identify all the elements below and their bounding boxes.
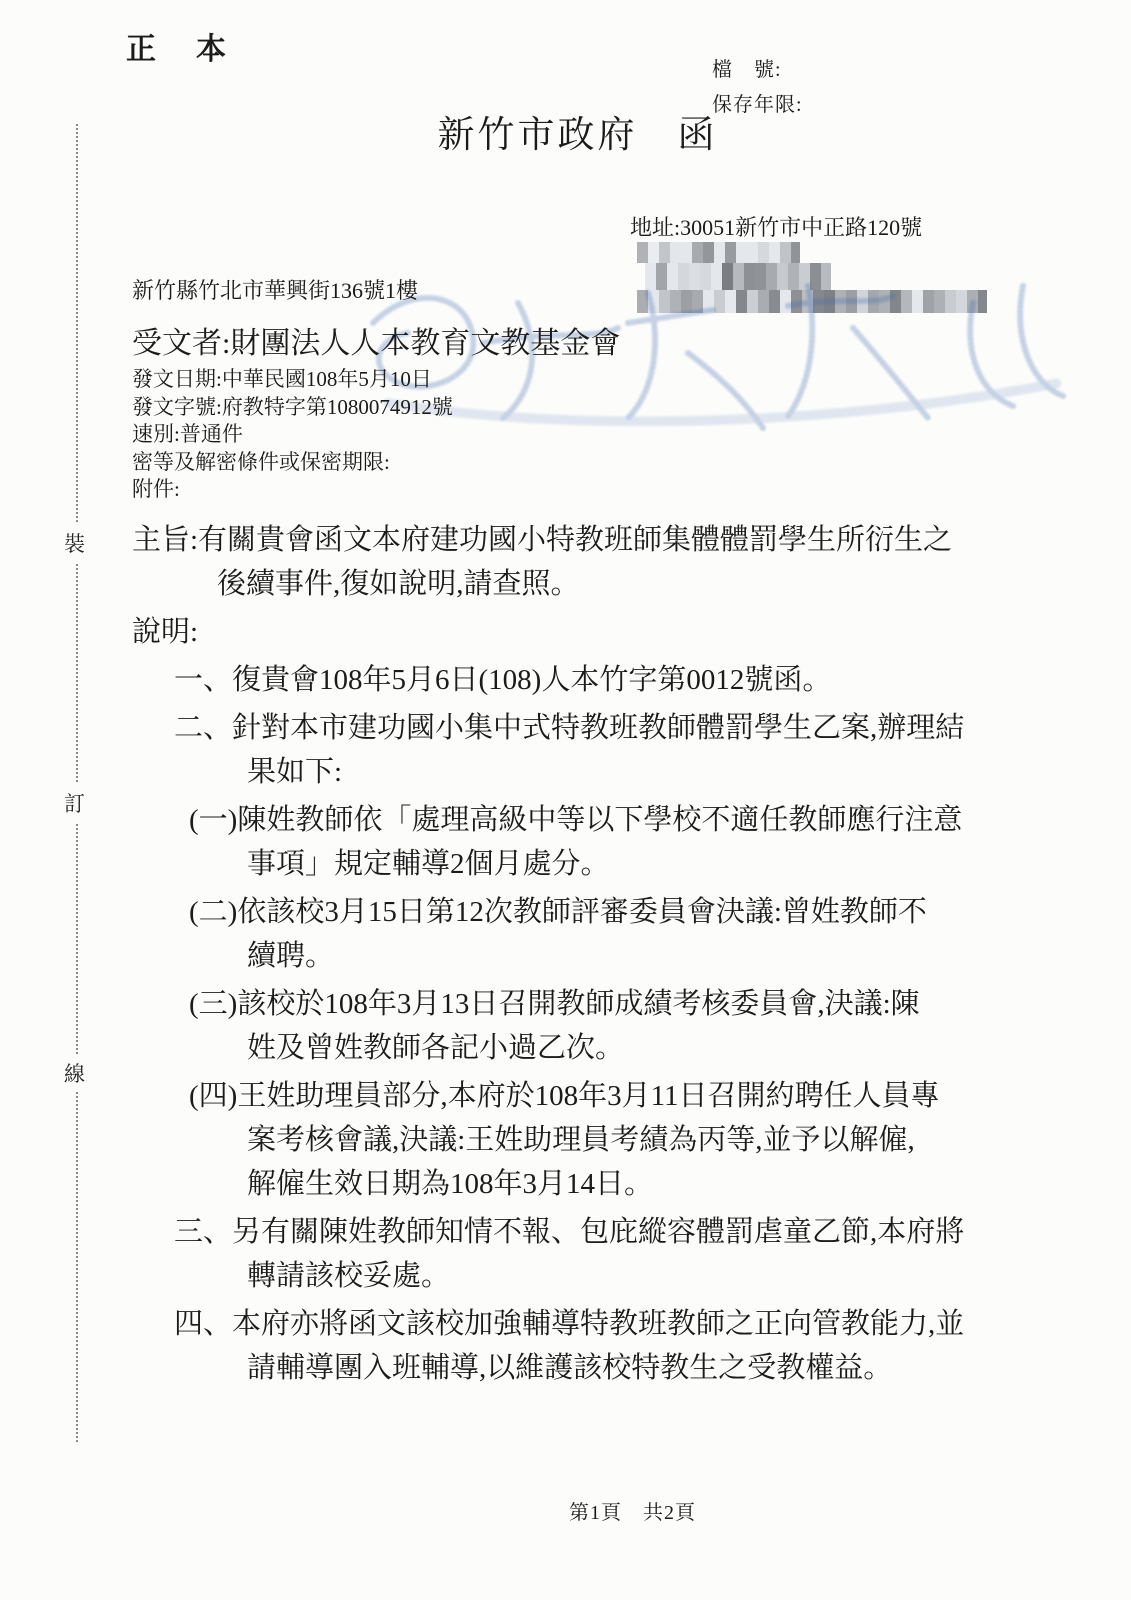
binding-mark: 訂 xyxy=(63,784,86,822)
paragraph: 四、本府亦將函文該校加強輔導特教班教師之正向管教能力,並請輔導團入班輔導,以維護… xyxy=(132,1302,1022,1390)
body-line: (一)陳姓教師依「處理高級中等以下學校不適任教師應行注意 xyxy=(189,798,1022,842)
doc-meta: 發文日期:中華民國108年5月10日發文字號:府教特字第1080074912號速… xyxy=(132,366,453,504)
paragraph: (二)依該校3月15日第12次教師評審委員會決議:曾姓教師不續聘。 xyxy=(132,890,1022,978)
body-line: 果如下: xyxy=(247,750,1022,794)
redaction-cell xyxy=(791,242,800,263)
body-line: 解僱生效日期為108年3月14日。 xyxy=(247,1162,1022,1206)
body-line: 事項」規定輔導2個月處分。 xyxy=(247,842,1022,886)
redaction-cell xyxy=(714,242,725,263)
redacted-contact-info xyxy=(637,242,800,263)
copy-label: 正本 xyxy=(126,24,266,68)
body-line: 三、另有關陳姓教師知情不報、包庇縱容體罰虐童乙節,本府將 xyxy=(174,1210,1022,1254)
paragraph: (四)王姓助理員部分,本府於108年3月11日召開約聘任人員專案考核會議,決議:… xyxy=(132,1074,1022,1206)
redaction-cell xyxy=(637,242,648,263)
doc-meta-line: 附件: xyxy=(132,476,453,504)
redaction-cell xyxy=(725,242,736,263)
doc-meta-line: 發文日期:中華民國108年5月10日 xyxy=(132,366,453,394)
body-line: 請輔導團入班輔導,以維護該校特教生之受教權益。 xyxy=(247,1346,1022,1390)
body-line: 四、本府亦將函文該校加強輔導特教班教師之正向管教能力,並 xyxy=(174,1302,1022,1346)
body-line: 案考核會議,決議:王姓助理員考績為丙等,並予以解僱, xyxy=(247,1118,1022,1162)
body-line: 姓及曾姓教師各記小過乙次。 xyxy=(247,1026,1022,1070)
body-line: (四)王姓助理員部分,本府於108年3月11日召開約聘任人員專 xyxy=(189,1074,1022,1118)
page-number: 第1頁 共2頁 xyxy=(0,1496,1131,1525)
doc-meta-line: 發文字號:府教特字第1080074912號 xyxy=(132,394,453,422)
paragraph: 一、復貴會108年5月6日(108)人本竹字第0012號函。 xyxy=(132,658,1022,702)
body-line: 一、復貴會108年5月6日(108)人本竹字第0012號函。 xyxy=(174,658,1022,702)
paragraph: 說明: xyxy=(132,610,1022,654)
redaction-cell xyxy=(703,242,714,263)
redaction-cell xyxy=(758,242,769,263)
binding-mark: 裝 xyxy=(63,524,86,562)
redaction-cell xyxy=(670,242,681,263)
binding-dotted-line xyxy=(76,124,78,1442)
body-text: 主旨:有關貴會函文本府建功國小特教班師集體體罰學生所衍生之後續事件,復如說明,請… xyxy=(132,518,1022,1390)
recipient-line: 受文者:財團法人人本教育文教基金會 xyxy=(132,318,620,362)
paragraph: (一)陳姓教師依「處理高級中等以下學校不適任教師應行注意事項」規定輔導2個月處分… xyxy=(132,798,1022,886)
paragraph: 三、另有關陳姓教師知情不報、包庇縱容體罰虐童乙節,本府將轉請該校妥處。 xyxy=(132,1210,1022,1298)
redaction-cell xyxy=(780,242,791,263)
body-line: (二)依該校3月15日第12次教師評審委員會決議:曾姓教師不 xyxy=(189,890,1022,934)
file-number-label: 檔 號: xyxy=(712,53,782,82)
body-line: 二、針對本市建功國小集中式特教班教師體罰學生乙案,辦理結 xyxy=(174,706,1022,750)
recipient-street-address: 新竹縣竹北市華興街136號1樓 xyxy=(132,274,418,305)
redaction-cell xyxy=(692,242,703,263)
redaction-cell xyxy=(659,242,670,263)
body-line: 轉請該校妥處。 xyxy=(247,1254,1022,1298)
paragraph: (三)該校於108年3月13日召開教師成績考核委員會,決議:陳姓及曾姓教師各記小… xyxy=(132,982,1022,1070)
body-line: (三)該校於108年3月13日召開教師成績考核委員會,決議:陳 xyxy=(189,982,1022,1026)
body-line: 續聘。 xyxy=(247,934,1022,978)
body-line: 主旨:有關貴會函文本府建功國小特教班師集體體罰學生所衍生之 xyxy=(132,518,1022,562)
paragraph: 主旨:有關貴會函文本府建功國小特教班師集體體罰學生所衍生之後續事件,復如說明,請… xyxy=(132,518,1022,606)
body-line: 說明: xyxy=(132,610,1022,654)
redaction-cell xyxy=(736,242,747,263)
body-line: 後續事件,復如說明,請查照。 xyxy=(217,562,1022,606)
doc-meta-line: 速別:普通件 xyxy=(132,421,453,449)
redaction-cell xyxy=(747,242,758,263)
issuing-office-address: 地址:30051新竹市中正路120號 xyxy=(630,211,922,242)
redaction-cell xyxy=(648,242,659,263)
doc-meta-line: 密等及解密條件或保密期限: xyxy=(132,449,453,477)
redaction-cell xyxy=(769,242,780,263)
paragraph: 二、針對本市建功國小集中式特教班教師體罰學生乙案,辦理結果如下: xyxy=(132,706,1022,794)
redaction-cell xyxy=(681,242,692,263)
binding-mark: 線 xyxy=(63,1054,86,1092)
document-title: 新竹市政府 函 xyxy=(0,104,1131,158)
